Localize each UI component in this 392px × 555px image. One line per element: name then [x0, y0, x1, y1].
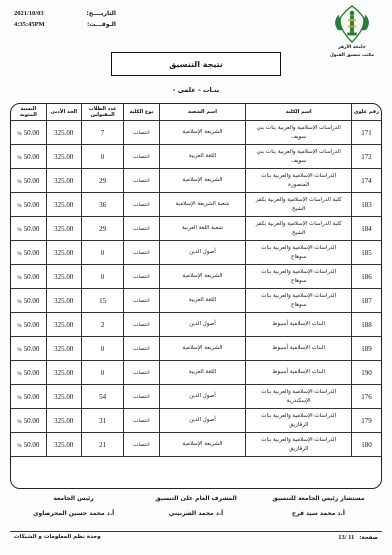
cell-min: 325.00: [46, 289, 81, 313]
datetime-block: التاريــــخ: 2021/10/03 الـوقـــت: 4:35:…: [14, 10, 116, 32]
page-title: نتيجة التنسيق: [111, 52, 281, 76]
cell-branch: أصول الدين: [159, 385, 246, 409]
signature-supervisor-name: أ.د محمد الشربيني: [138, 510, 253, 517]
cell-percent: %50.00: [11, 169, 46, 193]
percent-sign: %: [17, 252, 21, 257]
cell-count: 54: [81, 385, 124, 409]
cell-min: 325.00: [46, 169, 81, 193]
cell-code: 189: [351, 337, 381, 361]
signature-advisor: مستشار رئيس الجامعة للتنسيق أ.د محمد سيد…: [261, 495, 376, 517]
footer-bottom-row: صفحة: 13/ 11 وحدة نظم المعلومات و الشبكا…: [14, 534, 378, 541]
cell-college: البنات الإسلامية أسيوط: [246, 337, 351, 361]
percent-sign: %: [17, 444, 21, 449]
cell-type: انتساب: [124, 217, 159, 241]
cell-college: الدراسات الإسلامية والعربية بنات سوهاج: [246, 265, 351, 289]
cell-percent: %50.00: [11, 121, 46, 145]
cell-code: 172: [351, 145, 381, 169]
cell-count: 0: [81, 145, 124, 169]
table-row: 187 الدراسات الإسلامية والعربية بنات سوه…: [11, 289, 381, 313]
signature-president-title: رئيس الجامعة: [16, 495, 131, 502]
cell-branch: اللغة العربية: [159, 289, 246, 313]
cell-type: انتساب: [124, 409, 159, 433]
cell-code: 190: [351, 361, 381, 385]
column-header-code: رقم علوي: [351, 104, 381, 121]
signature-advisor-title: مستشار رئيس الجامعة للتنسيق: [261, 495, 376, 502]
cell-percent: %50.00: [11, 265, 46, 289]
it-unit-name: وحدة نظم المعلومات و الشبكات: [14, 534, 101, 541]
cell-type: انتساب: [124, 265, 159, 289]
percent-value: 50.00: [24, 201, 40, 209]
time-value: 4:35:45PM: [14, 21, 45, 28]
table-row: 176 الدراسات الإسلامية والعربية بنات الإ…: [11, 385, 381, 409]
cell-count: 21: [81, 433, 124, 457]
cell-count: 29: [81, 217, 124, 241]
university-logo-block: جامعة الأزهر مكتب تنسيق القبول: [324, 4, 380, 60]
page-number-label: صفحة:: [359, 535, 378, 541]
signature-advisor-name: أ.د محمد سيد فرج: [261, 510, 376, 517]
cell-branch: الشريعة الإسلامية: [159, 169, 246, 193]
cell-min: 325.00: [46, 337, 81, 361]
table-header: رقم علوي اسم الكلية اسم الشعبة نوع الكلي…: [11, 104, 381, 121]
table-row: 184 كلية الدراسات الإسلامية والعربية بكف…: [11, 217, 381, 241]
cell-count: 15: [81, 289, 124, 313]
signature-president: رئيس الجامعة أ.د محمد حسين المحرصاوي: [16, 495, 131, 517]
table-row: 171 الدراسات الإسلامية والعربية بنات بني…: [11, 121, 381, 145]
column-header-min: الحد الأدنى: [46, 104, 81, 121]
cell-type: انتساب: [124, 241, 159, 265]
category-subtitle: بنـات - علمي -: [0, 86, 392, 94]
table-row: 172 الدراسات الإسلامية والعربية بنات بني…: [11, 145, 381, 169]
cell-min: 325.00: [46, 121, 81, 145]
cell-percent: %50.00: [11, 409, 46, 433]
cell-percent: %50.00: [11, 241, 46, 265]
column-header-count: عدد الطلاب المقبولين: [81, 104, 124, 121]
cell-percent: %50.00: [11, 337, 46, 361]
table-row: 179 الدراسات الإسلامية والعربية بنات الز…: [11, 409, 381, 433]
date-row: التاريــــخ: 2021/10/03: [14, 10, 116, 17]
cell-type: انتساب: [124, 289, 159, 313]
cell-college: الدراسات الإسلامية والعربية بنات الإسكند…: [246, 385, 351, 409]
percent-value: 50.00: [24, 417, 40, 425]
cell-code: 171: [351, 121, 381, 145]
page-number-value: 13/ 11: [338, 534, 354, 541]
cell-college: الدراسات الإسلامية والعربية بنات الزقازي…: [246, 433, 351, 457]
cell-branch: الشريعة الإسلامية: [159, 265, 246, 289]
percent-value: 50.00: [24, 345, 40, 353]
cell-branch: الشريعة الإسلامية: [159, 337, 246, 361]
percent-value: 50.00: [24, 225, 40, 233]
azhar-emblem-icon: [324, 4, 380, 44]
time-label: الـوقـــت:: [87, 21, 116, 28]
cell-code: 186: [351, 265, 381, 289]
cell-type: انتساب: [124, 121, 159, 145]
table-row: 186 الدراسات الإسلامية والعربية بنات سوه…: [11, 265, 381, 289]
page-number: صفحة: 13/ 11: [338, 534, 378, 541]
cell-count: 29: [81, 169, 124, 193]
cell-branch: اللغة العربية: [159, 361, 246, 385]
cell-count: 2: [81, 313, 124, 337]
cell-min: 325.00: [46, 217, 81, 241]
cell-college: كلية الدراسات الإسلامية والعربية بكفر ال…: [246, 193, 351, 217]
percent-value: 50.00: [24, 153, 40, 161]
cell-college: الدراسات الإسلامية والعربية بنات سوهاج: [246, 241, 351, 265]
signature-supervisor-title: المشرف العام على التنسيق: [138, 495, 253, 502]
table-row: 174 الدراسات الإسلامية والعربية بنات الم…: [11, 169, 381, 193]
cell-percent: %50.00: [11, 145, 46, 169]
cell-count: 0: [81, 265, 124, 289]
cell-count: 0: [81, 337, 124, 361]
report-page: التاريــــخ: 2021/10/03 الـوقـــت: 4:35:…: [0, 0, 392, 555]
signature-supervisor: المشرف العام على التنسيق أ.د محمد الشربي…: [138, 495, 253, 517]
cell-percent: %50.00: [11, 433, 46, 457]
percent-sign: %: [17, 348, 21, 353]
cell-code: 180: [351, 433, 381, 457]
date-label: التاريــــخ:: [86, 10, 116, 17]
table-body: 171 الدراسات الإسلامية والعربية بنات بني…: [11, 121, 381, 457]
cell-branch: شعبة الشريعة الإسلامية: [159, 193, 246, 217]
cell-code: 184: [351, 217, 381, 241]
cell-branch: الشريعة الإسلامية: [159, 433, 246, 457]
cell-min: 325.00: [46, 193, 81, 217]
cell-min: 325.00: [46, 385, 81, 409]
cell-code: 187: [351, 289, 381, 313]
table-row: 188 البنات الإسلامية أسيوط أصول الدين ان…: [11, 313, 381, 337]
cell-college: الدراسات الإسلامية والعربية بنات المنصور…: [246, 169, 351, 193]
cell-min: 325.00: [46, 241, 81, 265]
cell-college: الدراسات الإسلامية والعربية بنات الزقازي…: [246, 409, 351, 433]
percent-value: 50.00: [24, 249, 40, 257]
percent-value: 50.00: [24, 273, 40, 281]
cell-percent: %50.00: [11, 313, 46, 337]
cell-code: 185: [351, 241, 381, 265]
cell-min: 325.00: [46, 265, 81, 289]
table-row: 190 البنات الإسلامية أسيوط اللغة العربية…: [11, 361, 381, 385]
cell-percent: %50.00: [11, 289, 46, 313]
university-name: جامعة الأزهر: [324, 44, 380, 52]
percent-value: 50.00: [24, 297, 40, 305]
results-table: رقم علوي اسم الكلية اسم الشعبة نوع الكلي…: [11, 104, 381, 457]
cell-code: 174: [351, 169, 381, 193]
cell-type: انتساب: [124, 361, 159, 385]
cell-percent: %50.00: [11, 385, 46, 409]
results-table-frame: رقم علوي اسم الكلية اسم الشعبة نوع الكلي…: [10, 103, 382, 489]
cell-type: انتساب: [124, 337, 159, 361]
percent-sign: %: [17, 300, 21, 305]
cell-code: 188: [351, 313, 381, 337]
cell-min: 325.00: [46, 313, 81, 337]
percent-sign: %: [17, 156, 21, 161]
time-row: الـوقـــت: 4:35:45PM: [14, 21, 116, 28]
office-name: مكتب تنسيق القبول: [324, 52, 380, 60]
cell-code: 183: [351, 193, 381, 217]
cell-percent: %50.00: [11, 361, 46, 385]
percent-sign: %: [17, 276, 21, 281]
percent-value: 50.00: [24, 177, 40, 185]
cell-college: كلية الدراسات الإسلامية والعربية بكفر ال…: [246, 217, 351, 241]
cell-count: 36: [81, 193, 124, 217]
cell-branch: أصول الدين: [159, 241, 246, 265]
cell-type: انتساب: [124, 385, 159, 409]
percent-value: 50.00: [24, 369, 40, 377]
percent-value: 50.00: [24, 441, 40, 449]
cell-code: 176: [351, 385, 381, 409]
percent-sign: %: [17, 180, 21, 185]
table-row: 180 الدراسات الإسلامية والعربية بنات الز…: [11, 433, 381, 457]
cell-type: انتساب: [124, 313, 159, 337]
percent-sign: %: [17, 420, 21, 425]
percent-sign: %: [17, 204, 21, 209]
cell-college: الدراسات الإسلامية والعربية بنات سوهاج: [246, 289, 351, 313]
cell-branch: شعبة اللغة العربية: [159, 217, 246, 241]
percent-sign: %: [17, 228, 21, 233]
cell-percent: %50.00: [11, 193, 46, 217]
table-row: 183 كلية الدراسات الإسلامية والعربية بكف…: [11, 193, 381, 217]
cell-min: 325.00: [46, 361, 81, 385]
column-header-college: اسم الكلية: [246, 104, 351, 121]
percent-sign: %: [17, 132, 21, 137]
cell-count: 7: [81, 121, 124, 145]
percent-sign: %: [17, 324, 21, 329]
cell-type: انتساب: [124, 169, 159, 193]
cell-percent: %50.00: [11, 217, 46, 241]
cell-count: 0: [81, 361, 124, 385]
cell-min: 325.00: [46, 409, 81, 433]
cell-min: 325.00: [46, 145, 81, 169]
cell-college: الدراسات الإسلامية والعربية بنات بني سوي…: [246, 121, 351, 145]
cell-type: انتساب: [124, 193, 159, 217]
cell-count: 31: [81, 409, 124, 433]
cell-code: 179: [351, 409, 381, 433]
percent-value: 50.00: [24, 129, 40, 137]
percent-sign: %: [17, 396, 21, 401]
column-header-branch: اسم الشعبة: [159, 104, 246, 121]
cell-branch: أصول الدين: [159, 313, 246, 337]
cell-college: البنات الإسلامية أسيوط: [246, 313, 351, 337]
percent-sign: %: [17, 372, 21, 377]
cell-college: الدراسات الإسلامية والعربية بنات بني سوي…: [246, 145, 351, 169]
table-row: 185 الدراسات الإسلامية والعربية بنات سوه…: [11, 241, 381, 265]
percent-value: 50.00: [24, 321, 40, 329]
footer-divider: [10, 531, 382, 532]
column-header-type: نوع الكلية: [124, 104, 159, 121]
cell-count: 0: [81, 241, 124, 265]
signature-president-name: أ.د محمد حسين المحرصاوي: [16, 510, 131, 517]
cell-branch: أصول الدين: [159, 409, 246, 433]
percent-value: 50.00: [24, 393, 40, 401]
signatures-row: مستشار رئيس الجامعة للتنسيق أ.د محمد سيد…: [16, 495, 376, 517]
cell-min: 325.00: [46, 433, 81, 457]
cell-branch: اللغة العربية: [159, 145, 246, 169]
column-header-percent: النسبة المئوية: [11, 104, 46, 121]
cell-type: انتساب: [124, 145, 159, 169]
date-value: 2021/10/03: [14, 10, 44, 17]
table-row: 189 البنات الإسلامية أسيوط الشريعة الإسل…: [11, 337, 381, 361]
cell-branch: الشريعة الإسلامية: [159, 121, 246, 145]
cell-type: انتساب: [124, 433, 159, 457]
cell-college: البنات الإسلامية أسيوط: [246, 361, 351, 385]
